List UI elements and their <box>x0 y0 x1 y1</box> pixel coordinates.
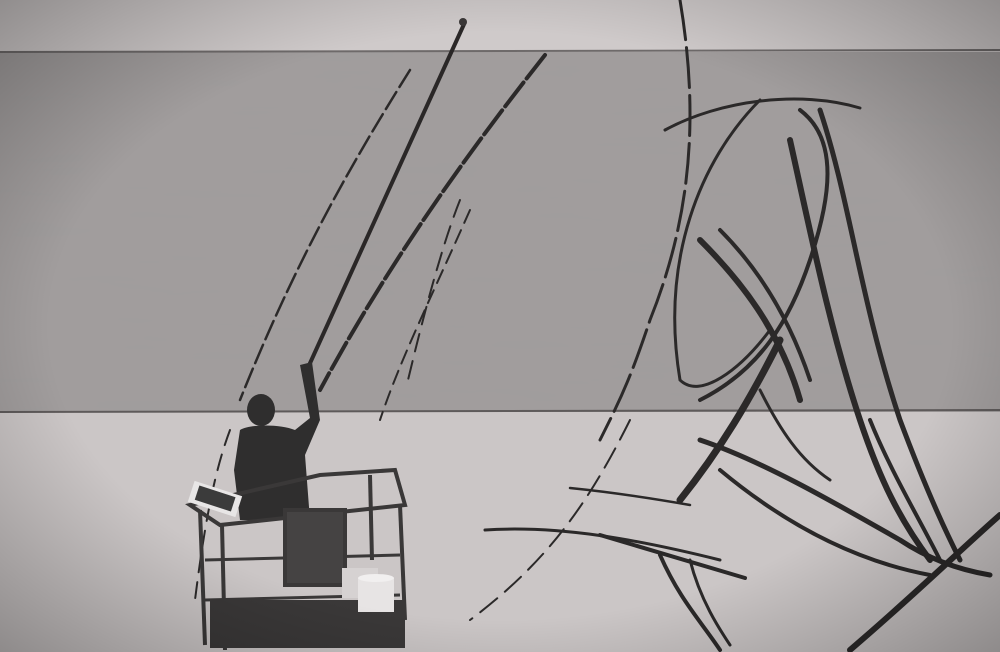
mural-photo <box>0 0 1000 652</box>
photo-scene <box>0 0 1000 652</box>
